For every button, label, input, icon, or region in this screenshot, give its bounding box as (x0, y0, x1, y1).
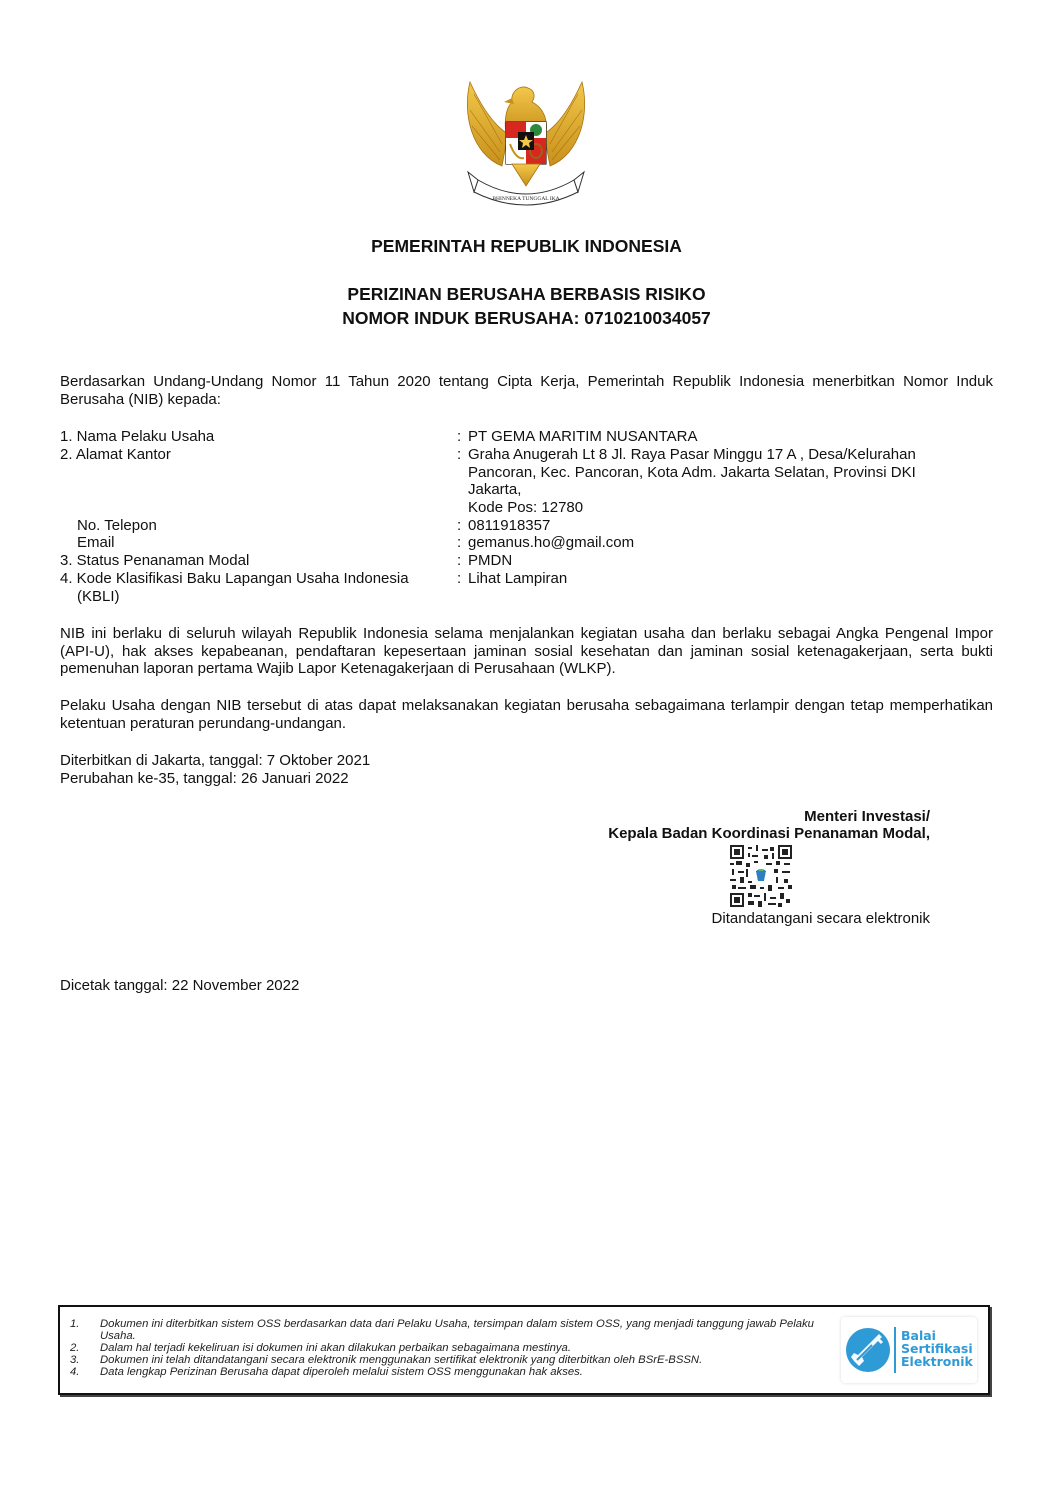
bsre-divider (894, 1327, 896, 1373)
kbli-value: Lihat Lampiran (468, 570, 567, 587)
key-icon (845, 1327, 891, 1373)
bsre-logo: Balai Sertifikasi Elektronik (841, 1317, 977, 1383)
qr-code-icon (730, 845, 792, 907)
footer-note: 4.Data lengkap Perizinan Berusaha dapat … (68, 1366, 838, 1378)
bsre-logo-text: Balai Sertifikasi Elektronik (901, 1329, 973, 1368)
field-value-telepon: :0811918357 (457, 517, 957, 535)
printed-date: Dicetak tanggal: 22 November 2022 (60, 977, 993, 995)
svg-text:BHINNEKA TUNGGAL IKA: BHINNEKA TUNGGAL IKA (492, 196, 559, 202)
intro-paragraph: Berdasarkan Undang-Undang Nomor 11 Tahun… (60, 373, 993, 408)
field-value-kbli: :Lihat Lampiran (457, 570, 957, 588)
issued-date: Diterbitkan di Jakarta, tanggal: 7 Oktob… (60, 752, 993, 770)
field-label-email: Email (77, 534, 115, 552)
footer-notes-box: 1.Dokumen ini diterbitkan sistem OSS ber… (58, 1305, 990, 1395)
footer-note: 3.Dokumen ini telah ditandatangani secar… (68, 1354, 838, 1366)
address-line-1: Graha Anugerah Lt 8 Jl. Raya Pasar Mingg… (468, 446, 916, 463)
field-label-status: 3. Status Penanaman Modal (60, 552, 249, 570)
field-value-nama: :PT GEMA MARITIM NUSANTARA (457, 428, 957, 446)
phone-number: 0811918357 (468, 517, 550, 534)
electronic-signature-note: Ditandatangani secara elektronik (600, 910, 930, 927)
investment-status: PMDN (468, 552, 512, 569)
validity-paragraph: NIB ini berlaku di seluruh wilayah Repub… (60, 625, 993, 678)
field-value-alamat: :Graha Anugerah Lt 8 Jl. Raya Pasar Ming… (457, 446, 957, 516)
signer-title-line2: Kepala Badan Koordinasi Penanaman Modal, (560, 825, 930, 843)
permission-paragraph: Pelaku Usaha dengan NIB tersebut di atas… (60, 697, 993, 732)
company-name: PT GEMA MARITIM NUSANTARA (468, 428, 697, 445)
nib-number: NOMOR INDUK BERUSAHA: 0710210034057 (0, 308, 1053, 329)
field-label-nama: 1. Nama Pelaku Usaha (60, 428, 214, 446)
footer-note: 2.Dalam hal terjadi kekeliruan isi dokum… (68, 1342, 838, 1354)
garuda-emblem-icon: BHINNEKA TUNGGAL IKA (462, 74, 590, 214)
address-line-3: Jakarta, (457, 481, 957, 499)
footer-notes-list: 1.Dokumen ini diterbitkan sistem OSS ber… (68, 1318, 838, 1378)
email-address: gemanus.ho@gmail.com (468, 534, 634, 551)
address-line-4: Kode Pos: 12780 (457, 499, 957, 517)
field-label-alamat: 2. Alamat Kantor (60, 446, 171, 464)
footer-note: 1.Dokumen ini diterbitkan sistem OSS ber… (68, 1318, 838, 1342)
field-value-status: :PMDN (457, 552, 957, 570)
signer-title-line1: Menteri Investasi/ (560, 808, 930, 826)
field-value-email: :gemanus.ho@gmail.com (457, 534, 957, 552)
field-label-telepon: No. Telepon (77, 517, 157, 535)
government-heading: PEMERINTAH REPUBLIK INDONESIA (0, 236, 1053, 257)
address-line-2: Pancoran, Kec. Pancoran, Kota Adm. Jakar… (457, 464, 957, 482)
field-label-kbli: 4. Kode Klasifikasi Baku Lapangan Usaha … (60, 570, 409, 605)
revision-date: Perubahan ke-35, tanggal: 26 Januari 202… (60, 770, 993, 788)
document-title: PERIZINAN BERUSAHA BERBASIS RISIKO (0, 284, 1053, 305)
